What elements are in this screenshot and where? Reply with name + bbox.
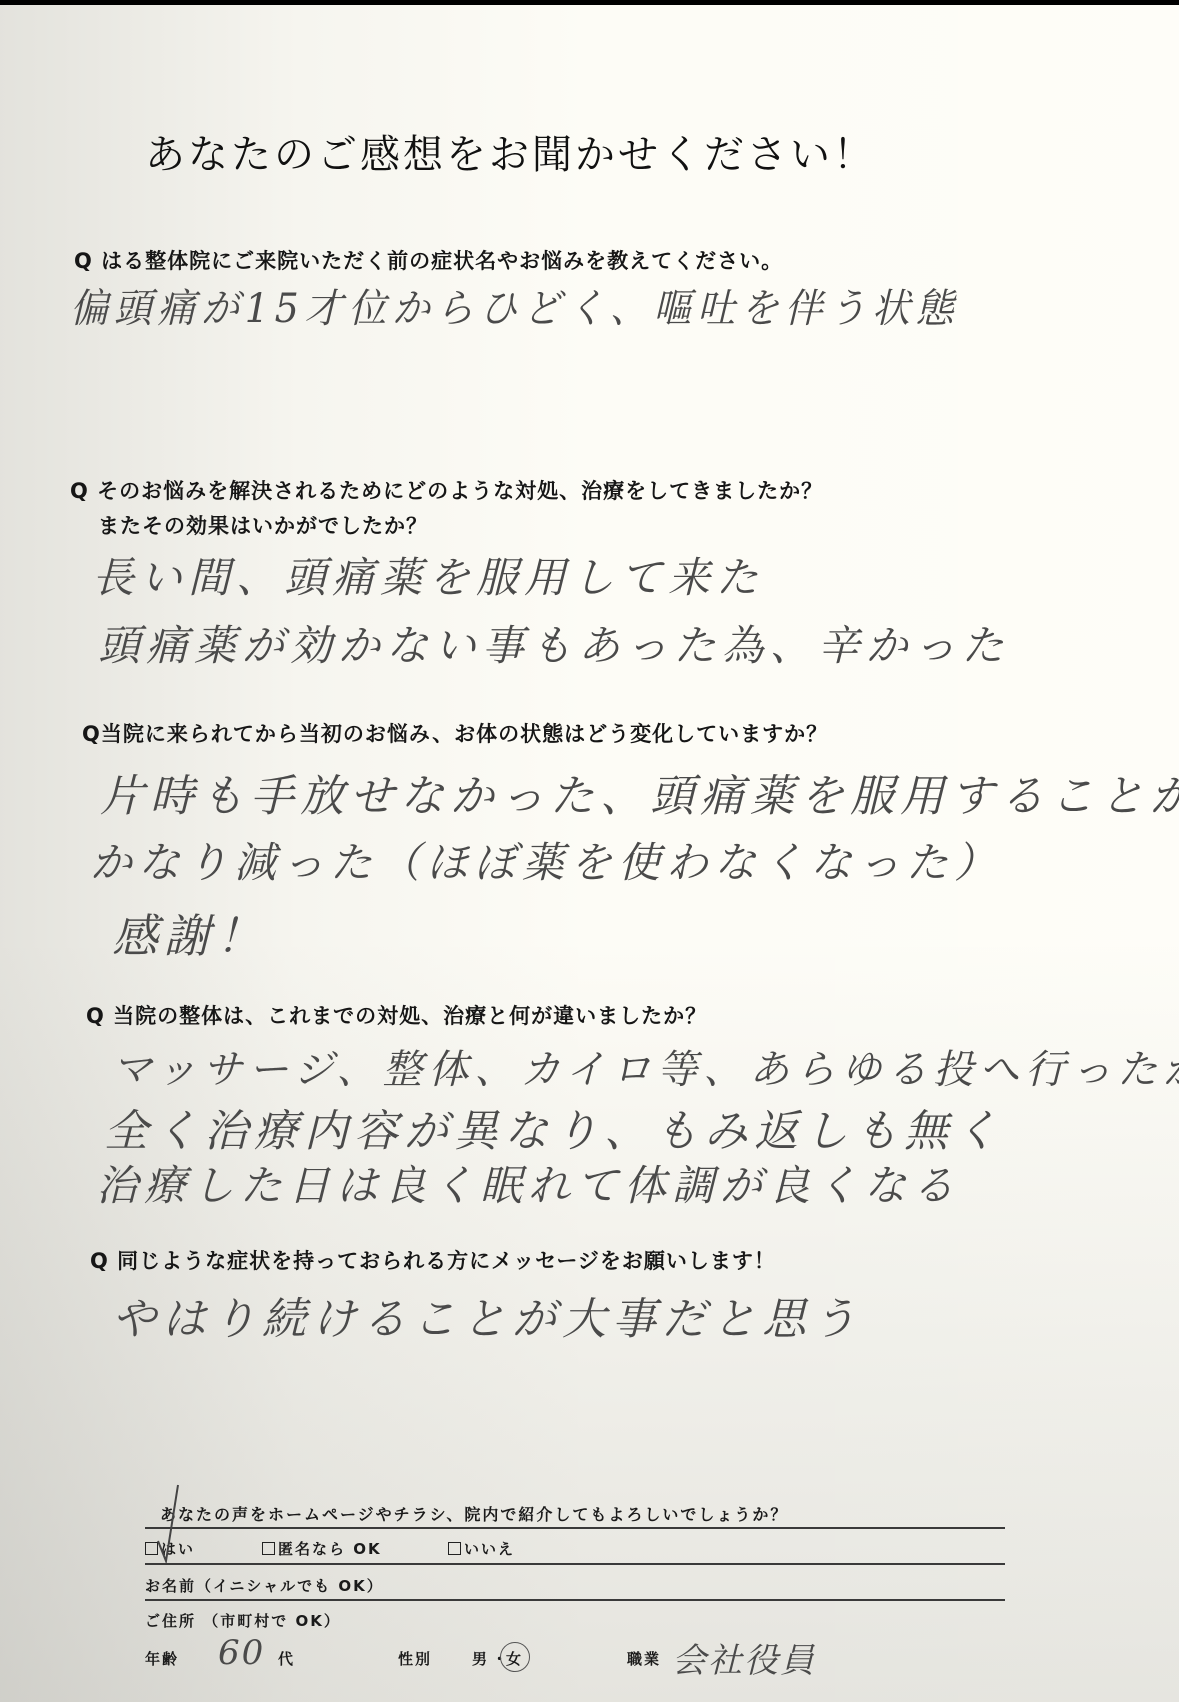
occupation-label: 職業 <box>627 1648 661 1669</box>
question-3-label: Q当院に来られてから当初のお悩み、お体の状態はどう変化していますか？ <box>82 718 828 748</box>
question-4-label: Q 当院の整体は、これまでの対処、治療と何が違いましたか？ <box>86 1000 707 1030</box>
age-suffix: 代 <box>278 1648 295 1669</box>
checkbox-no[interactable] <box>448 1542 461 1555</box>
question-5-label: Q 同じような症状を持っておられる方にメッセージをお願いします！ <box>90 1245 776 1275</box>
gender-label: 性別 <box>398 1648 432 1669</box>
question-4-answer-line-3: 治療した日は良く眠れて体調が良くなる <box>96 1153 960 1213</box>
question-1-answer-line-1: 偏頭痛が15才位からひどく、嘔吐を伴う状態 <box>70 277 959 334</box>
survey-sheet: あなたのご感想をお聞かせください！ Q はる整体院にご来院いただく前の症状名やお… <box>0 5 1179 1702</box>
question-4-answer-line-1: マッサージ、整体、カイロ等、あらゆる投へ行ったが <box>112 1038 1179 1095</box>
check-mark-icon <box>150 1483 190 1563</box>
name-label: お名前（イニシャルでも OK） <box>145 1575 384 1596</box>
question-2-label-line-2: またその効果はいかがでしたか？ <box>98 510 428 540</box>
checkbox-anonymous[interactable] <box>262 1542 275 1555</box>
form-divider <box>145 1563 1005 1565</box>
gender-selected-circle <box>500 1642 530 1672</box>
name-field-line[interactable] <box>145 1599 1005 1601</box>
question-4-answer-line-2: 全く治療内容が異なり、もみ返しも無く <box>104 1095 1004 1159</box>
question-2-answer-line-1: 長い間、頭痛薬を服用して来た <box>92 545 764 605</box>
question-3-answer-line-3: 感謝！ <box>112 900 268 966</box>
question-2-answer-line-2: 頭痛薬が効かない事もあった為、辛かった <box>98 613 1010 673</box>
question-5-answer-line-1: やはり続けることが大事だと思う <box>112 1283 862 1347</box>
page-title: あなたのご感想をお聞かせください！ <box>145 123 1045 180</box>
option-anonymous-label: 匿名なら OK <box>278 1540 382 1558</box>
question-3-answer-line-2: かなり減った（ほぼ薬を使わなくなった） <box>90 830 1002 890</box>
occupation-value: 会社役員 <box>672 1633 816 1682</box>
gender-male[interactable]: 男 <box>472 1648 489 1669</box>
age-label: 年齢 <box>145 1648 179 1669</box>
form-divider <box>145 1527 1005 1529</box>
option-no-label: いいえ <box>464 1540 515 1558</box>
consent-question: あなたの声をホームページやチラシ、院内で紹介してもよろしいでしょうか？ <box>160 1502 788 1525</box>
age-value: 60 <box>218 1633 265 1673</box>
consent-option-no[interactable]: いいえ <box>448 1538 515 1559</box>
question-3-answer-line-1: 片時も手放せなかった、頭痛薬を服用することが <box>100 760 1179 824</box>
address-label: ご住所 （市町村で OK） <box>145 1610 341 1631</box>
consent-option-anonymous[interactable]: 匿名なら OK <box>262 1538 382 1559</box>
question-2-label: Q そのお悩みを解決されるためにどのような対処、治療をしてきましたか？ <box>70 475 823 505</box>
question-1-label: Q はる整体院にご来院いただく前の症状名やお悩みを教えてください。 <box>74 245 783 275</box>
